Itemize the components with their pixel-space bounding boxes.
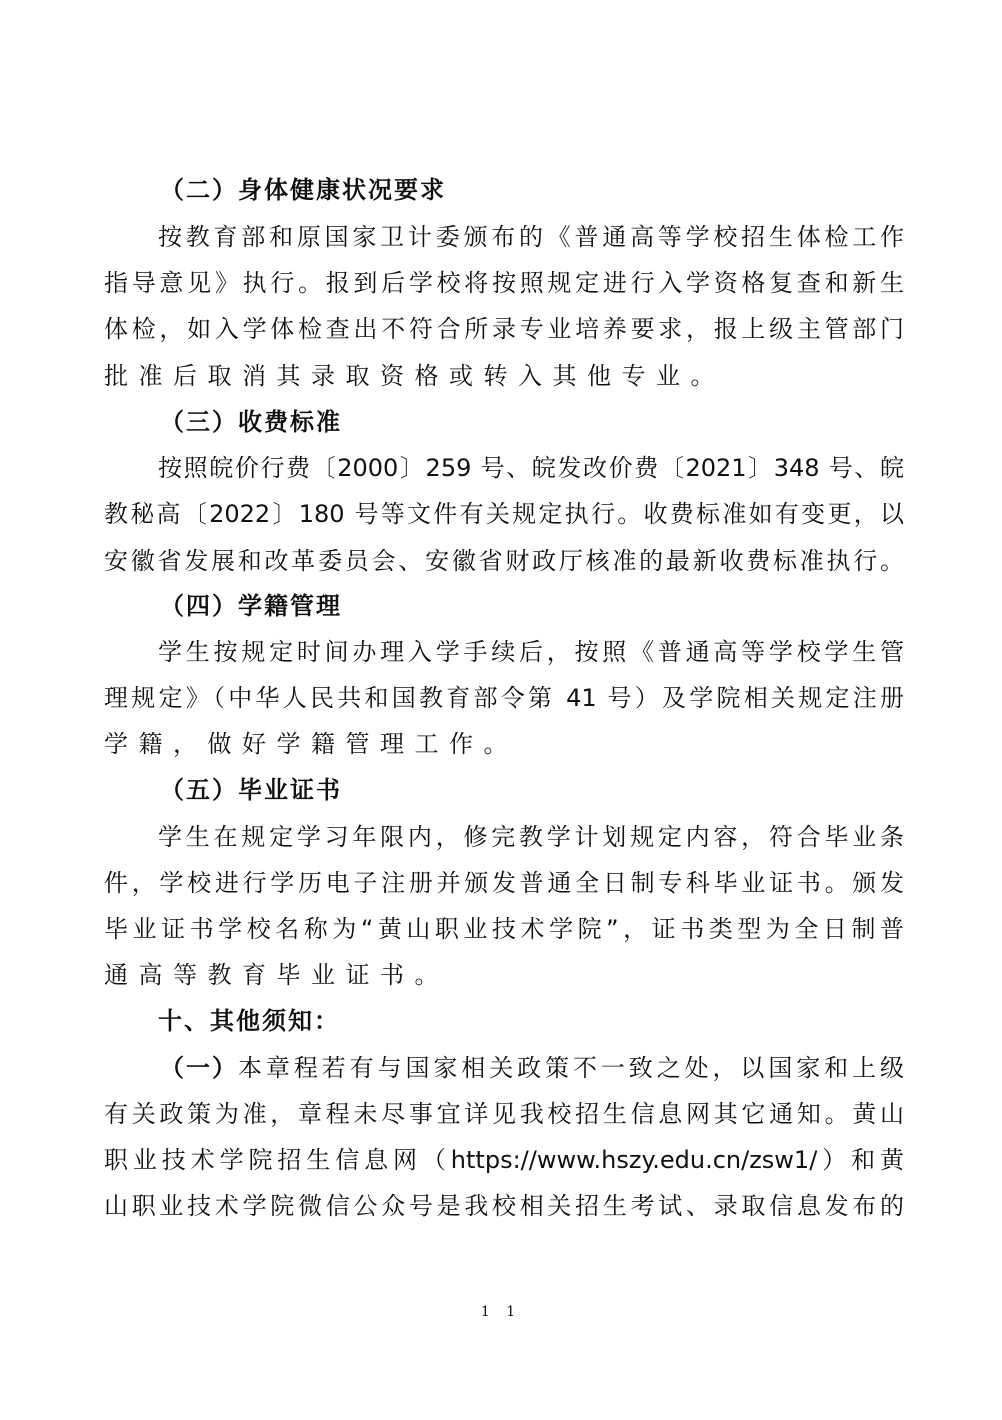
paragraph-line: 山职业技术学院微信公众号是我校相关招生考试、录取信息发布的 <box>104 1191 904 1221</box>
paragraph-line-with-lead: （一） 本章程若有与国家相关政策不一致之处，以国家和上级 <box>160 1053 904 1083</box>
section-heading-fees: （三）收费标准 <box>160 407 960 437</box>
paragraph-line: 理规定》（中华人民共和国教育部令第 41 号）及学院相关规定注册 <box>104 683 904 713</box>
section-heading-health: （二）身体健康状况要求 <box>160 175 960 205</box>
section-heading-diploma: （五）毕业证书 <box>160 775 960 805</box>
paragraph-line: 有关政策为准，章程未尽事宜详见我校招生信息网其它通知。黄山 <box>104 1099 904 1129</box>
paragraph-line: 通高等教育毕业证书。 <box>104 960 904 990</box>
paragraph-line: 体检，如入学体检查出不符合所录专业培养要求，报上级主管部门 <box>104 314 904 344</box>
paragraph-line: 学生按规定时间办理入学手续后，按照《普通高等学校学生管 <box>158 637 904 667</box>
paragraph-line: 按照皖价行费〔2000〕259 号、皖发改价费〔2021〕348 号、皖 <box>158 453 904 483</box>
paragraph-line: 指导意见》执行。报到后学校将按照规定进行入学资格复查和新生 <box>104 268 904 298</box>
paragraph-line: 教秘高〔2022〕180 号等文件有关规定执行。收费标准如有变更，以 <box>104 499 904 529</box>
paragraph-line: 安徽省发展和改革委员会、安徽省财政厅核准的最新收费标准执行。 <box>104 546 904 576</box>
page-number: 1 1 <box>0 1304 1002 1320</box>
paragraph-line: 批准后取消其录取资格或转入其他专业。 <box>104 361 904 391</box>
document-page: （二）身体健康状况要求 按教育部和原国家卫计委颁布的《普通高等学校招生体检工作 … <box>0 0 1002 1420</box>
paragraph-line: 件，学校进行学历电子注册并颁发普通全日制专科毕业证书。颁发 <box>104 868 904 898</box>
paragraph-line: 学生在规定学习年限内，修完教学计划规定内容，符合毕业条 <box>158 822 904 852</box>
paragraph-line: 学籍，做好学籍管理工作。 <box>104 729 904 759</box>
item-number-label: （一） <box>160 1053 238 1083</box>
paragraph-text: 本章程若有与国家相关政策不一致之处，以国家和上级 <box>238 1053 904 1083</box>
section-heading-other-notes: 十、其他须知： <box>158 1006 958 1036</box>
section-heading-student-records: （四）学籍管理 <box>160 591 960 621</box>
paragraph-line-with-url: 职业技术学院招生信息网（https://www.hszy.edu.cn/zsw1… <box>104 1145 904 1175</box>
paragraph-line: 毕业证书学校名称为“黄山职业技术学院”，证书类型为全日制普 <box>104 914 904 944</box>
paragraph-line: 按教育部和原国家卫计委颁布的《普通高等学校招生体检工作 <box>158 222 904 252</box>
